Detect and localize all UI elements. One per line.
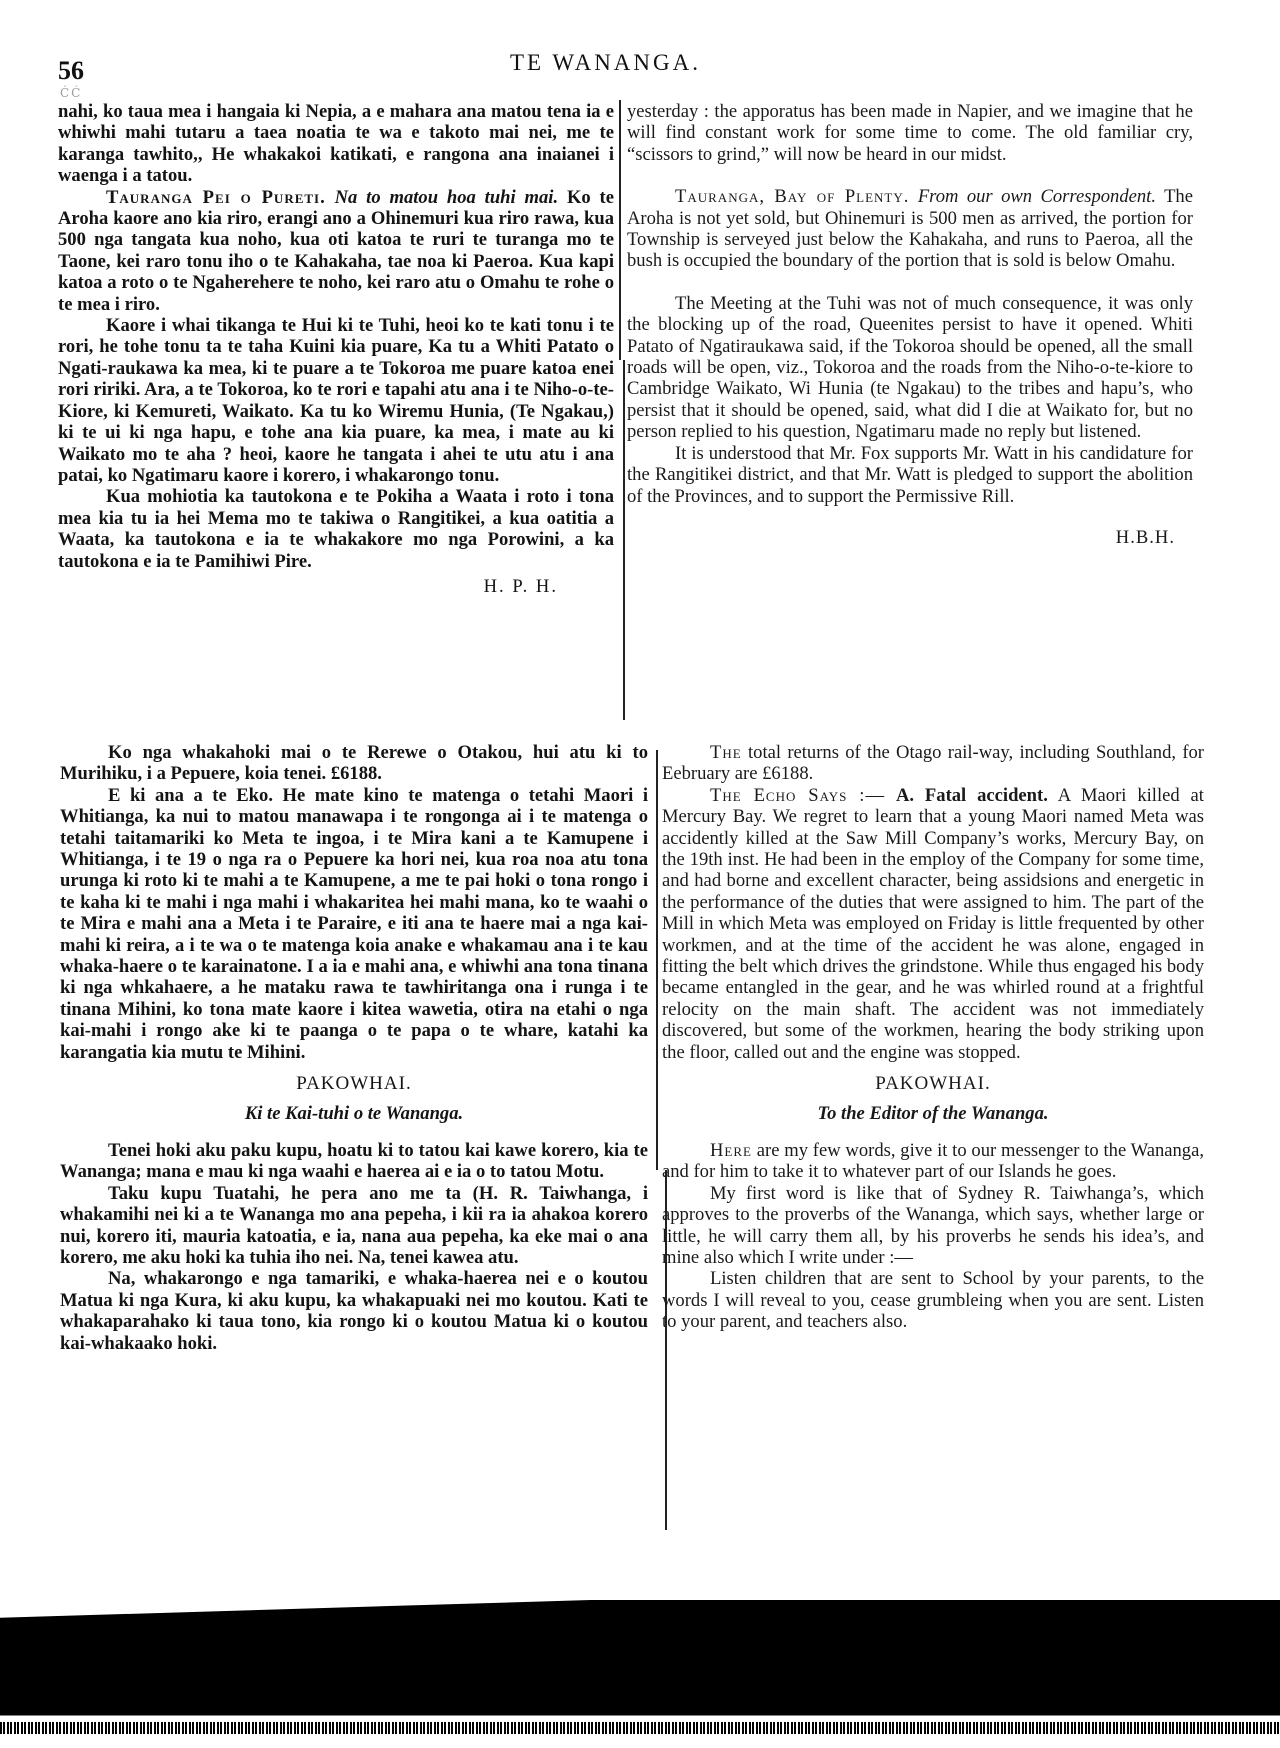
right-echo-lead: The Echo Says :— [710, 785, 885, 806]
right-paragraph-letter-1: Here are my few words, give it to our me… [662, 1140, 1204, 1183]
right-paragraph-railway: The total returns of the Otago rail-way,… [662, 742, 1204, 785]
right-echo-text: A Maori killed at Mercury Bay. We regret… [662, 785, 1204, 1063]
right-column-lower: The total returns of the Otago rail-way,… [662, 742, 1204, 1333]
left-column-lower: Ko nga whakahoki mai o te Rerewe o Otako… [60, 742, 648, 1354]
right-paragraph-fox-watt: It is understood that Mr. Fox supports M… [627, 443, 1193, 507]
right-paragraph-letter-3: Listen children that are sent to School … [662, 1268, 1204, 1332]
left-section-subheading: Ki te Kai-tuhi o te Wananga. [60, 1103, 648, 1124]
column-divider-lower [656, 750, 658, 1170]
left-paragraph-fox-watt: Kua mohiotia ka tautokona e te Pokiha a … [58, 486, 614, 572]
right-paragraph-echo: The Echo Says :— A. Fatal accident. A Ma… [662, 785, 1204, 1063]
left-paragraph-railway: Ko nga whakahoki mai o te Rerewe o Otako… [60, 742, 648, 785]
right-section-subheading: To the Editor of the Wananga. [662, 1103, 1204, 1124]
page-mark: ĆĆ [60, 86, 82, 100]
right-paragraph-continued: yesterday : the apporatus has been made … [627, 101, 1193, 165]
right-railway-text: total returns of the Otago rail-way, inc… [662, 742, 1204, 784]
left-paragraph-meeting: Kaore i whai tikanga te Hui ki te Tuhi, … [58, 315, 614, 486]
right-letter-lead: Here [710, 1140, 752, 1161]
right-paragraph-tauranga: Tauranga, Bay of Plenty. From our own Co… [627, 186, 1193, 272]
left-paragraph-letter-3: Na, whakarongo e nga tamariki, e whaka-h… [60, 1268, 648, 1354]
column-divider-mid [623, 360, 625, 720]
right-echo-headline: A. Fatal accident. [896, 785, 1048, 806]
right-section-heading: PAKOWHAI. [662, 1073, 1204, 1094]
left-dateline: Tauranga Pei o Pureti. [106, 187, 326, 208]
right-column-upper: yesterday : the apporatus has been made … [627, 101, 1193, 548]
left-section-heading: PAKOWHAI. [60, 1073, 648, 1094]
right-railway-lead: The [710, 742, 742, 763]
left-paragraph-echo: E ki ana a te Eko. He mate kino te maten… [60, 785, 648, 1063]
left-paragraph-tauranga: Tauranga Pei o Pureti. Na to matou hoa t… [58, 187, 614, 315]
right-dateline: Tauranga, Bay of Plenty. [675, 186, 909, 207]
left-paragraph-continued: nahi, ko taua mea i hangaia ki Nepia, a … [58, 101, 614, 187]
right-paragraph-meeting: The Meeting at the Tuhi was not of much … [627, 293, 1193, 443]
left-byline: Na to matou hoa tuhi mai. [335, 187, 558, 208]
left-signature: H. P. H. [58, 576, 614, 597]
scan-edge-noise [0, 1722, 1280, 1734]
right-byline: From our own Correspondent. [918, 186, 1156, 207]
left-column-upper: nahi, ko taua mea i hangaia ki Nepia, a … [58, 101, 614, 597]
left-paragraph-letter-1: Tenei hoki aku paku kupu, hoatu ki to ta… [60, 1140, 648, 1183]
left-paragraph-letter-2: Taku kupu Tuatahi, he pera ano me ta (H.… [60, 1183, 648, 1269]
column-divider-top [619, 100, 621, 360]
right-signature: H.B.H. [627, 527, 1193, 548]
page-number: 56 [58, 56, 84, 86]
right-paragraph-letter-2: My first word is like that of Sydney R. … [662, 1183, 1204, 1269]
running-title: TE WANANGA. [510, 50, 701, 76]
